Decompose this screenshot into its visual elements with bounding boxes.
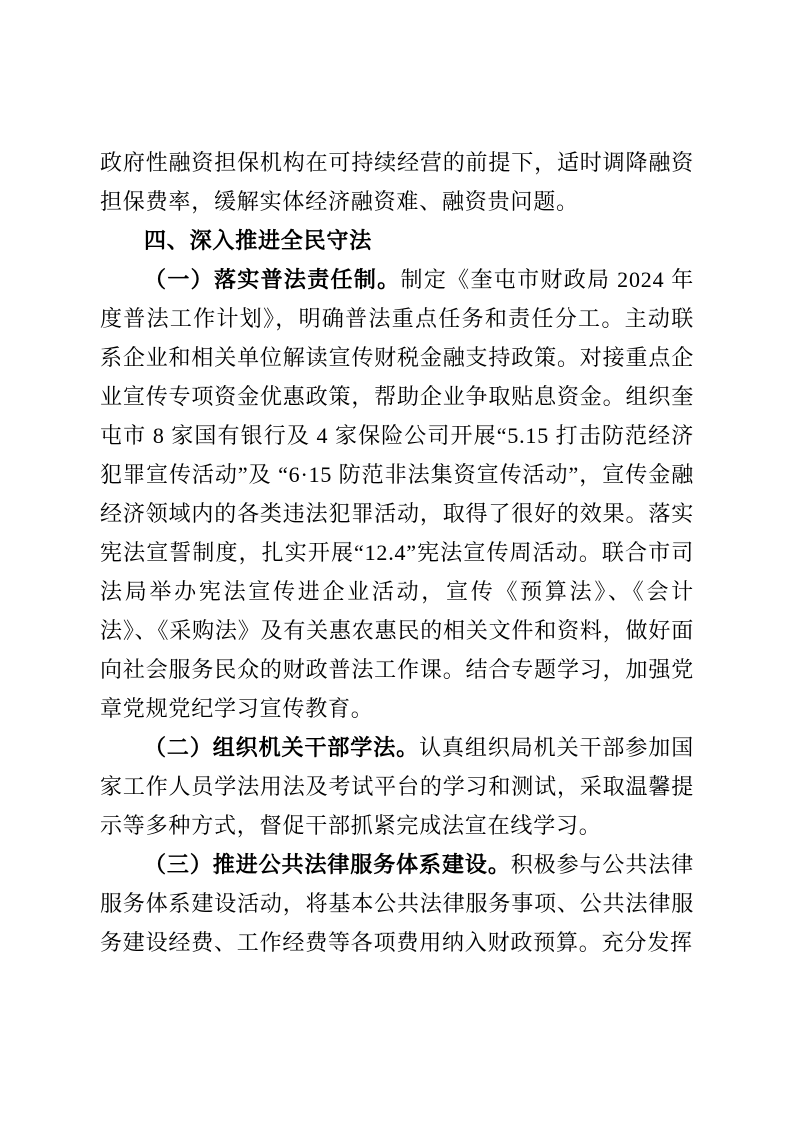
paragraph-text: 政府性融资担保机构在可持续经营的前提下，适时调降融资担保费率，缓解实体经济融资难… [100, 150, 694, 214]
item-2-paragraph: （二）组织机关干部学法。认真组织局机关干部参加国家工作人员学法用法及考试平台的学… [100, 728, 694, 845]
section-heading: 四、深入推进全民守法 [100, 221, 694, 260]
section-heading-text: 四、深入推进全民守法 [144, 228, 372, 253]
document-page: 政府性融资担保机构在可持续经营的前提下，适时调降融资担保费率，缓解实体经济融资难… [0, 0, 793, 1122]
paragraph-lead: （一）落实普法责任制。 [144, 267, 401, 292]
item-1-paragraph: （一）落实普法责任制。制定《奎屯市财政局 2024 年度普法工作计划》，明确普法… [100, 260, 694, 728]
continuation-paragraph: 政府性融资担保机构在可持续经营的前提下，适时调降融资担保费率，缓解实体经济融资难… [100, 143, 694, 221]
paragraph-lead: （三）推进公共法律服务体系建设。 [144, 852, 511, 877]
item-3-paragraph: （三）推进公共法律服务体系建设。积极参与公共法律服务体系建设活动，将基本公共法律… [100, 845, 694, 962]
paragraph-text: 制定《奎屯市财政局 2024 年度普法工作计划》，明确普法重点任务和责任分工。主… [100, 267, 694, 721]
paragraph-lead: （二）组织机关干部学法。 [144, 735, 419, 760]
document-text-block: 政府性融资担保机构在可持续经营的前提下，适时调降融资担保费率，缓解实体经济融资难… [100, 143, 694, 962]
